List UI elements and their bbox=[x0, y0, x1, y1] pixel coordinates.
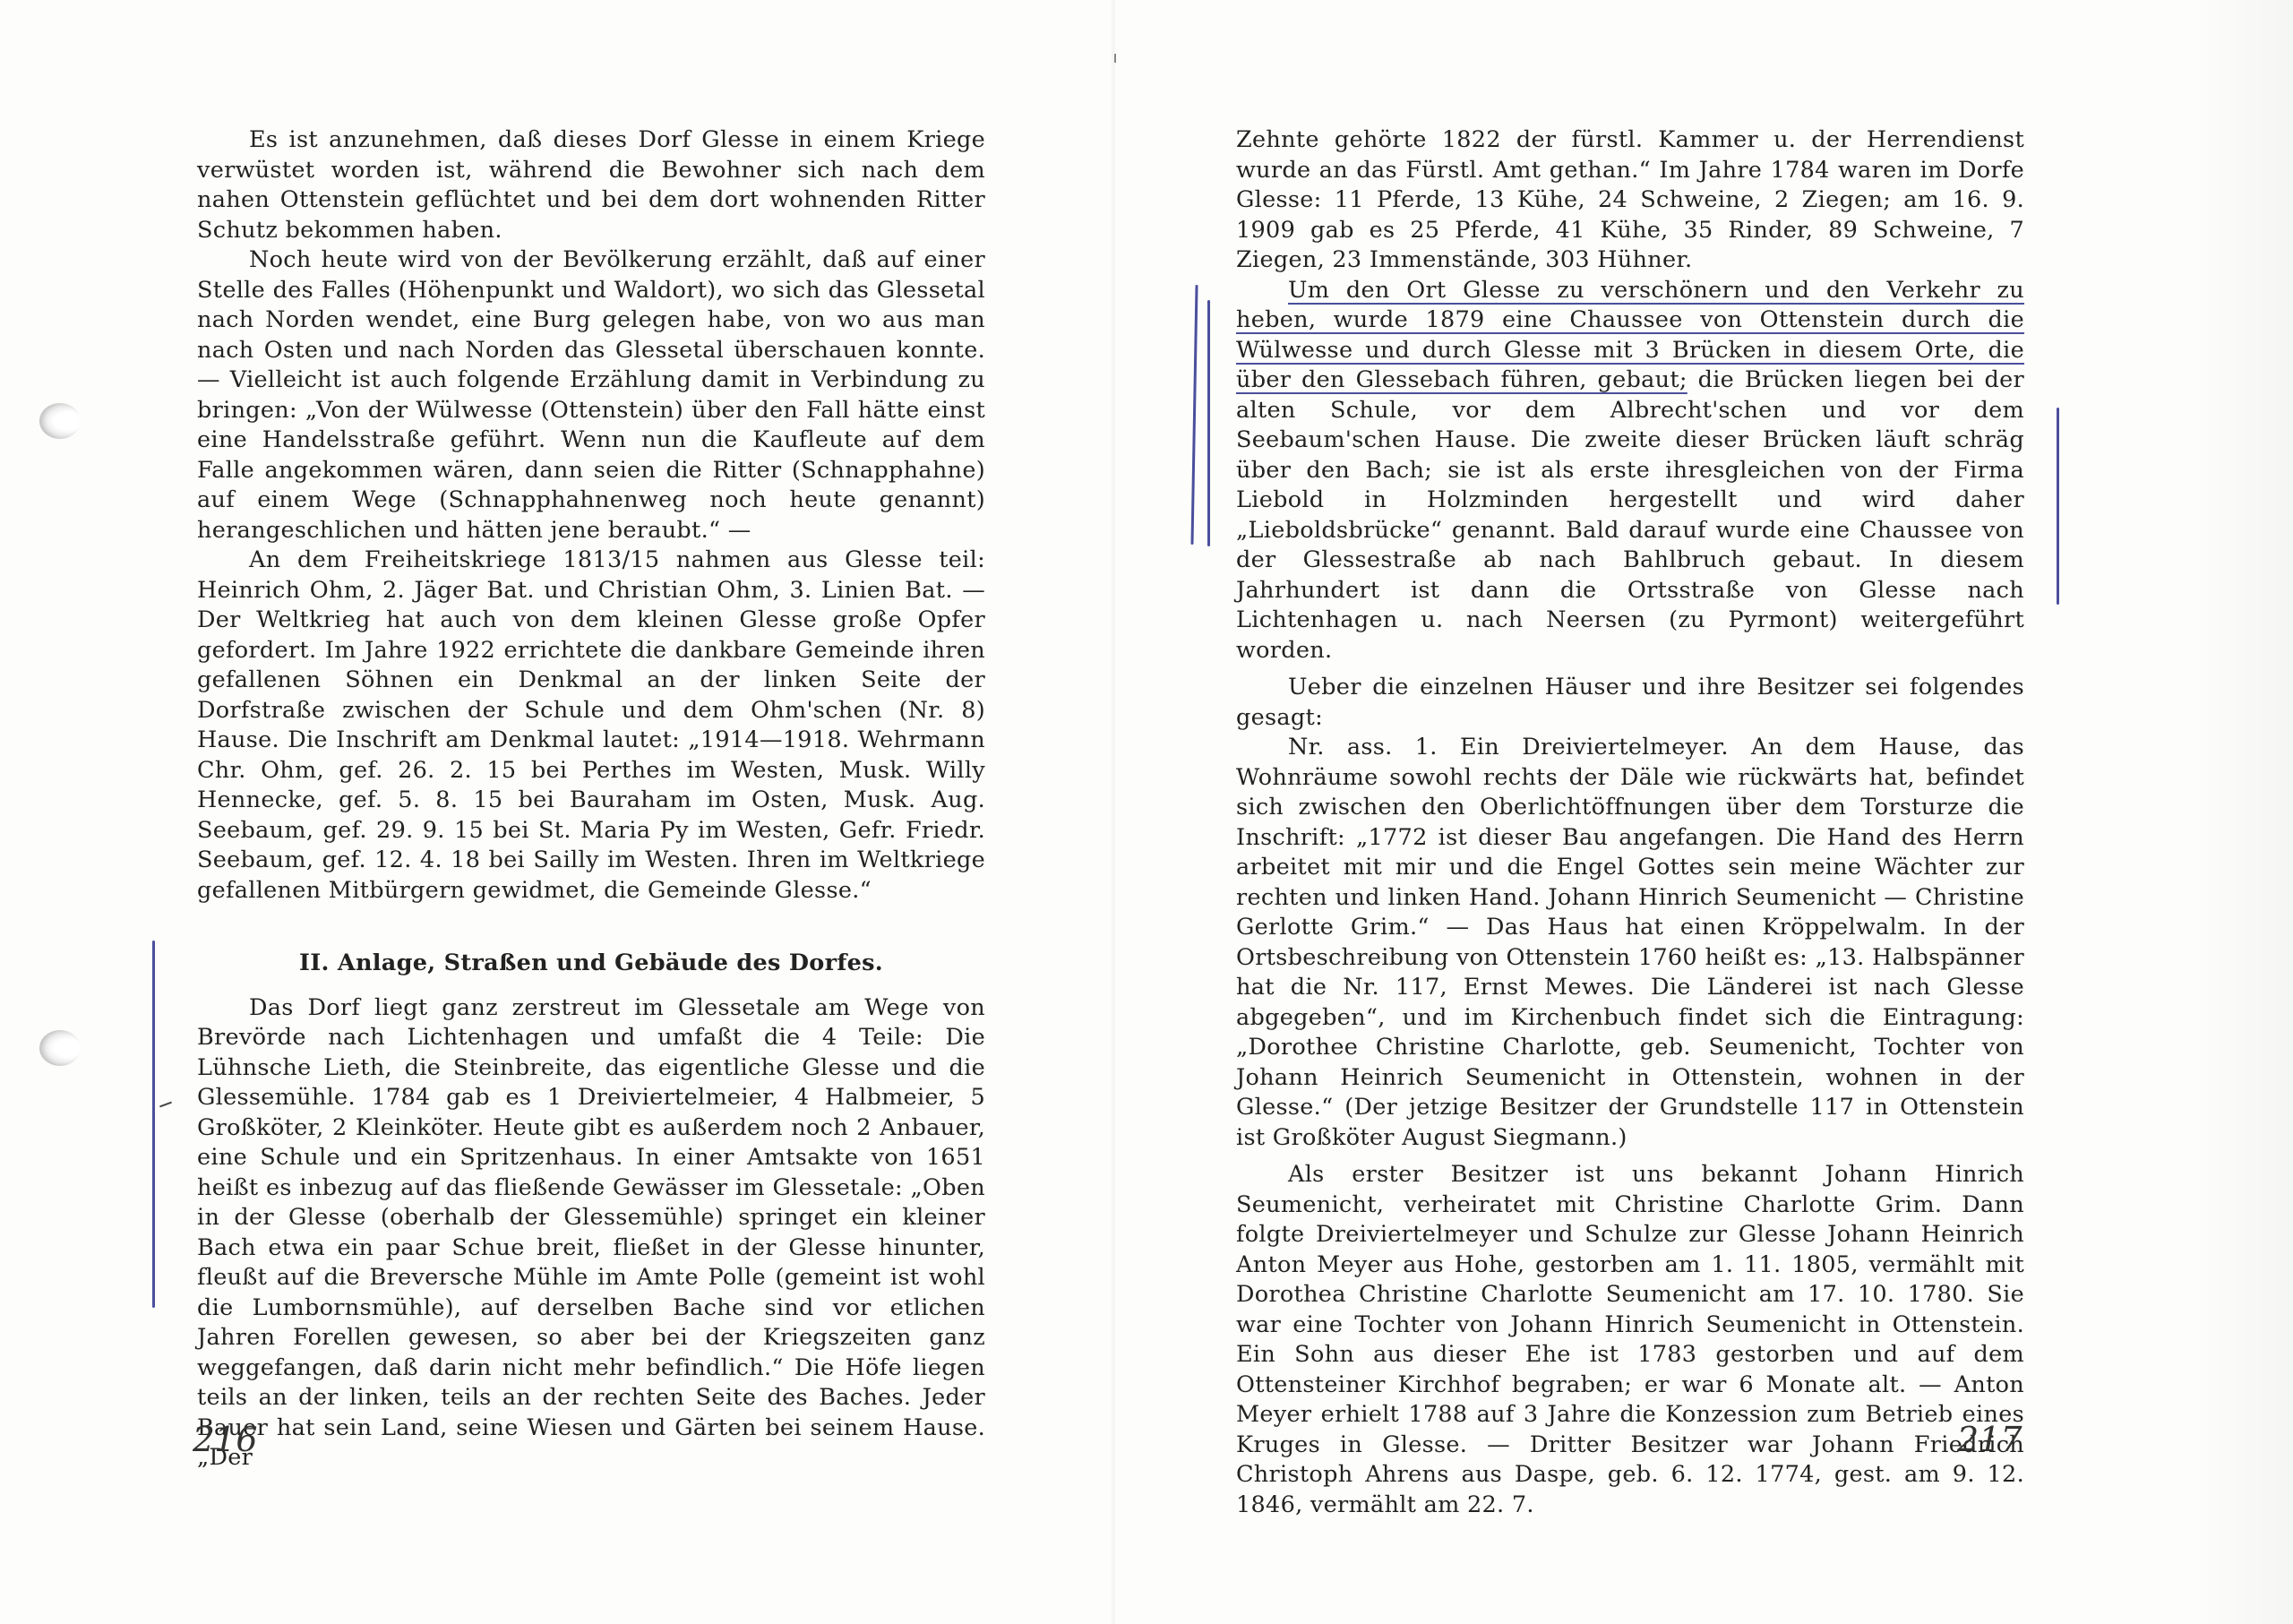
paragraph: Noch heute wird von der Bevölkerung erzä… bbox=[197, 245, 985, 546]
book-gutter bbox=[1111, 0, 1116, 1624]
page-number-left: 216 bbox=[193, 1420, 258, 1459]
punch-hole-icon bbox=[39, 1030, 81, 1066]
paragraph: Ueber die einzelnen Häuser und ihre Besi… bbox=[1236, 673, 2024, 733]
page-edge-shadow bbox=[2186, 0, 2293, 1624]
punch-hole-icon bbox=[39, 403, 81, 439]
margin-pen-mark bbox=[1207, 300, 1210, 546]
margin-pen-mark bbox=[152, 941, 155, 1308]
paragraph: An dem Freiheitskriege 1813/15 nahmen au… bbox=[197, 546, 985, 906]
margin-tick-mark bbox=[159, 1102, 172, 1108]
paragraph: Als erster Besitzer ist uns bekannt Joha… bbox=[1236, 1160, 2024, 1520]
right-page: Zehnte gehörte 1822 der fürstl. Kammer u… bbox=[1236, 125, 2024, 1520]
left-page: Es ist anzunehmen, daß dieses Dorf Gless… bbox=[197, 125, 985, 1474]
paragraph: Zehnte gehörte 1822 der fürstl. Kammer u… bbox=[1236, 125, 2024, 276]
paragraph: Das Dorf liegt ganz zerstreut im Glesset… bbox=[197, 993, 985, 1474]
margin-pen-mark bbox=[2057, 408, 2059, 605]
paragraph: Es ist anzunehmen, daß dieses Dorf Gless… bbox=[197, 125, 985, 245]
page-number-right: 217 bbox=[1957, 1420, 2022, 1459]
margin-pen-mark bbox=[1190, 285, 1198, 545]
scan-mark bbox=[1114, 54, 1116, 63]
section-heading: II. Anlage, Straßen und Gebäude des Dorf… bbox=[197, 949, 985, 979]
paragraph: Um den Ort Glesse zu verschönern und den… bbox=[1236, 276, 2024, 666]
scanned-book-spread: Es ist anzunehmen, daß dieses Dorf Gless… bbox=[0, 0, 2293, 1624]
paragraph-text: die Brücken liegen bei der alten Schule,… bbox=[1236, 366, 2024, 664]
paragraph: Nr. ass. 1. Ein Dreiviertelmeyer. An dem… bbox=[1236, 733, 2024, 1153]
